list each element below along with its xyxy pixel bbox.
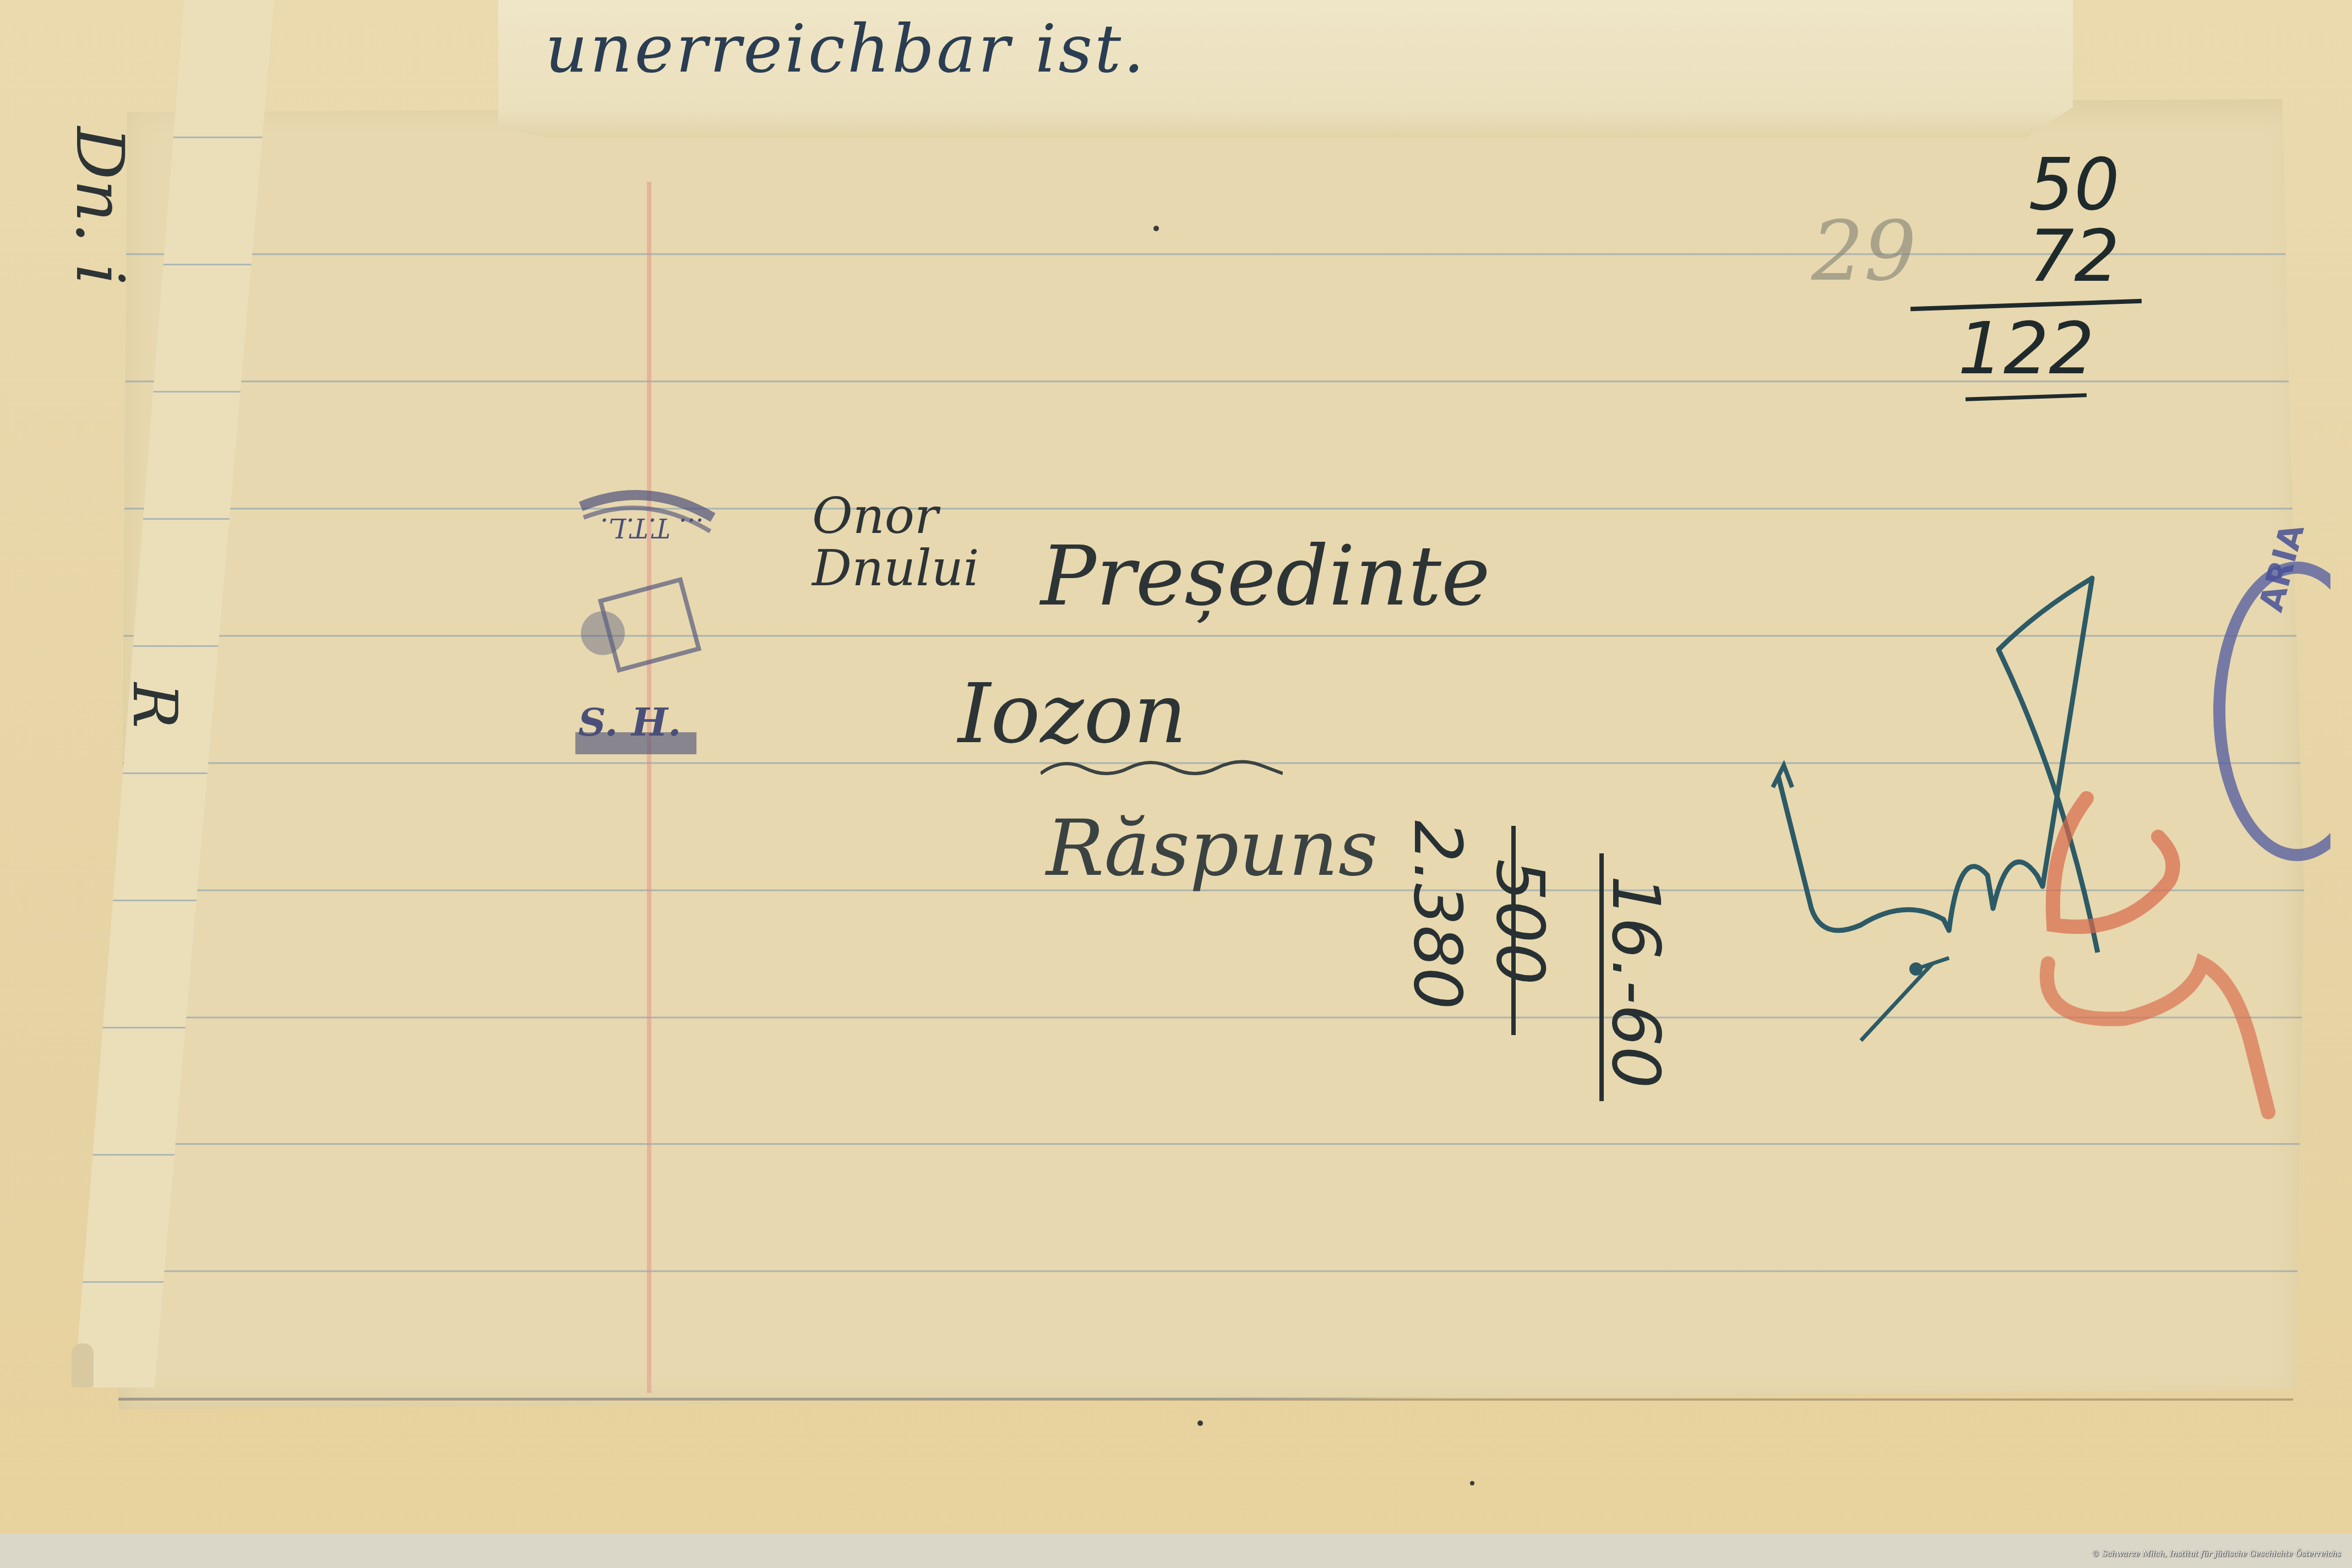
honorific-line-1: Onor (812, 490, 979, 542)
sum-total: 122 (1910, 313, 2142, 384)
addressee-name: Iozon (958, 666, 1187, 762)
addend-1: 50 (1910, 149, 2142, 220)
ink-speck (1153, 226, 1159, 231)
rotated-figures: 2.380 500 16.-60 (1409, 793, 1718, 1101)
rotated-figure-3: 16.-60 (1597, 875, 1674, 1088)
stamp-left-text: ... T.T.L. (600, 512, 704, 543)
rotated-figure-2: 500 (1482, 859, 1558, 985)
ink-speck (1470, 1481, 1474, 1485)
addressee-title: Președinte (1041, 529, 1490, 624)
honorific-line-2: Dnului (812, 542, 979, 595)
top-slip-handwriting: unerreichbar ist. (545, 11, 1146, 88)
margin-note-bottom: R (119, 683, 190, 728)
background-surface (0, 1533, 2352, 1568)
reply-label: Răspuns (1046, 804, 1378, 894)
tally-sum: 50 72 122 (1910, 149, 2142, 399)
margin-note-top: Dn. i (61, 127, 138, 285)
strip-corner (72, 1343, 94, 1387)
pencil-number: 29 (1811, 204, 1917, 300)
addend-2: 72 (1910, 220, 2142, 292)
ink-speck (1197, 1420, 1203, 1426)
sheet-bottom-edge (118, 1398, 2293, 1401)
red-margin-line (647, 182, 651, 1393)
copyright-notice: © Schwarze Milch, Institut für jüdische … (2092, 1550, 2341, 1559)
document-photo: unerreichbar ist. Dn. i R 29 50 72 122 .… (0, 0, 2352, 1568)
honorific: Onor Dnului (812, 490, 979, 595)
rotated-figure-1: 2.380 (1399, 820, 1476, 1010)
wavy-underline-icon (1041, 757, 1283, 779)
stamp-left-bottom: S. H. (578, 699, 681, 745)
